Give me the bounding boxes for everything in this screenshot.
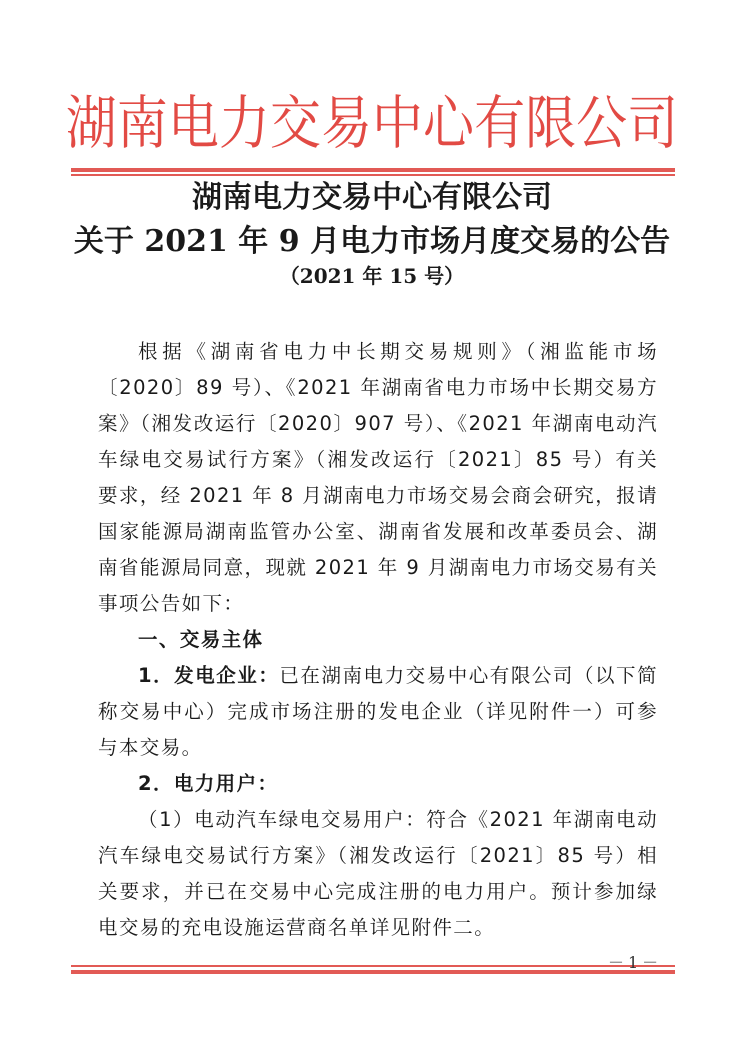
intro-paragraph: 根据《湖南省电力中长期交易规则》（湘监能市场〔2020〕89 号）、《2021 … — [98, 334, 658, 622]
doc-title-subject: 关于 2021 年 9 月电力市场月度交易的公告 — [0, 222, 744, 262]
footer-rule-thin — [71, 965, 675, 967]
doc-number: （2021 年 15 号） — [0, 262, 744, 290]
section-heading-trading-entities: 一、交易主体 — [98, 622, 658, 658]
item-users-label: 2．电力用户： — [138, 772, 278, 795]
footer-rule-thick — [71, 970, 675, 974]
doc-body: 根据《湖南省电力中长期交易规则》（湘监能市场〔2020〕89 号）、《2021 … — [98, 334, 658, 946]
item-generators: 1．发电企业：已在湖南电力交易中心有限公司（以下简称交易中心）完成市场注册的发电… — [98, 658, 658, 766]
item-generators-label: 1．发电企业： — [138, 664, 279, 687]
doc-title-org: 湖南电力交易中心有限公司 — [0, 178, 744, 218]
item-ev-green-users: （1）电动汽车绿电交易用户：符合《2021 年湖南电动汽车绿电交易试行方案》（湘… — [98, 802, 658, 946]
header-rule-thin — [71, 174, 675, 176]
page-number: －1－ — [608, 950, 662, 973]
header-rule-thick — [71, 168, 675, 172]
masthead-org-name: 湖南电力交易中心有限公司 — [45, 88, 700, 158]
item-users: 2．电力用户： — [98, 766, 658, 802]
